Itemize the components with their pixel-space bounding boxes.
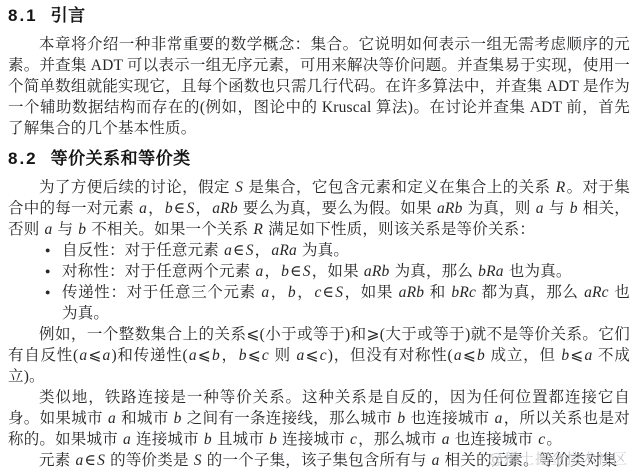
math-variable: c [319,347,328,364]
math-variable: b [203,431,213,448]
math-variable: c [313,284,322,301]
math-variable: bRa [477,263,505,280]
book-page: 8.1引言本章将介绍一种非常重要的数学概念：集合。它说明如何表示一组无需考虑顺序… [0,0,640,474]
text-run: 都为真，那么 [477,284,583,301]
math-variable: b [268,431,278,448]
math-variable: b [569,200,579,217]
text-run: 。 [546,431,562,448]
math-variable: b [77,221,87,238]
text-run: 本章将介绍一种非常重要的数学概念：集合。它说明如何表示一组无需考虑顺序的元素。并… [8,36,630,137]
section-heading: 8.2等价关系和等价类 [8,148,630,170]
math-variable: a [122,431,132,448]
math-variable: b [560,347,570,364]
math-variable: b [173,410,183,427]
body-paragraph: 本章将介绍一种非常重要的数学概念：集合。它说明如何表示一组无需考虑顺序的元素。并… [8,34,630,139]
list-item: 对称性：对于任意两个元素 a，b∈S，如果 aRb 为真，那么 bRa 也为真。 [62,261,630,282]
body-paragraph: 为了方便后续的讨论，假定 S 是集合，它包含元素和定义在集合上的关系 R。对于集… [8,177,630,240]
math-variable: c [349,431,358,448]
list-item: 传递性：对于任意三个元素 a，b，c∈S，如果 aRb 和 bRc 都为真，那么… [62,282,630,324]
body-paragraph: 类似地，铁路连接是一种等价关系。这种关系是自反的，因为任何位置都连接它自身。如果… [8,387,630,450]
math-variable: a [535,200,545,217]
text-run: ，如果 [312,263,363,280]
math-variable: a [441,431,451,448]
math-variable: bRc [450,284,477,301]
math-variable: a [431,452,441,469]
text-run: 也连接城市 [451,431,538,448]
text-run: ⩽ [248,347,261,364]
text-run: ∈ [233,242,245,259]
text-run: 则 [270,347,296,364]
text-run: ⩽ [570,347,583,364]
text-run: 和 [425,284,450,301]
math-variable: S [96,452,106,469]
math-variable: R [555,179,567,196]
math-variable: a [102,347,112,364]
text-run: 连接城市 [132,431,203,448]
text-run: 为了方便后续的讨论，假定 [39,179,234,196]
math-variable: S [334,284,344,301]
text-run: 是集合，它包含元素和定义在集合上的关系 [244,179,555,196]
text-run: 且城市 [213,431,268,448]
text-run: ⩽ [198,347,211,364]
math-variable: aRc [583,284,610,301]
text-run: ∈ [84,452,96,469]
math-variable: S [245,242,255,259]
text-run: ∈ [323,284,335,301]
text-run: 为真，那么 [391,263,478,280]
text-run: ，那么城市 [358,431,441,448]
text-run: 成立，但 [486,347,560,364]
section-heading: 8.1引言 [8,5,630,27]
page-content: 8.1引言本章将介绍一种非常重要的数学概念：集合。它说明如何表示一组无需考虑顺序… [8,5,630,471]
math-variable: aRb [363,263,391,280]
text-run: ， [221,347,238,364]
list-item: 自反性：对于任意元素 a∈S，aRa 为真。 [62,240,630,261]
math-variable: a [296,347,306,364]
math-variable: b [476,347,486,364]
text-run: 自反性：对于任意元素 [62,242,223,259]
math-variable: c [261,347,270,364]
property-list: 自反性：对于任意元素 a∈S，aRa 为真。对称性：对于任意两个元素 a，b∈S… [8,240,630,324]
text-run: ， [297,284,314,301]
text-run: 也为真。 [505,263,572,280]
math-variable: a [43,221,53,238]
watermark: @稀土掘金技术社区 [488,448,628,469]
text-run: 与 [545,200,569,217]
math-variable: a [583,347,593,364]
text-run: 元素 [39,452,74,469]
math-variable: b [280,263,290,280]
text-run: 连接城市 [278,431,349,448]
text-run: ， [195,200,211,217]
math-variable: a [453,347,463,364]
text-run: 为真。 [298,242,349,259]
text-run: ∈ [290,263,302,280]
math-variable: R [252,221,264,238]
text-run: 传递性：对于任意三个元素 [62,284,260,301]
text-run: ， [255,242,271,259]
math-variable: a [254,263,264,280]
text-run: ∈ [174,200,186,217]
section-title: 引言 [51,6,86,25]
math-variable: b [238,347,248,364]
text-run: ，如果 [344,284,397,301]
math-variable: a [223,242,233,259]
math-variable: a [188,347,198,364]
math-variable: a [260,284,270,301]
text-run: 与 [53,221,77,238]
section-number: 8.1 [8,6,38,25]
math-variable: a [74,452,84,469]
text-run: 不相关。如果一个关系 [87,221,252,238]
math-variable: aRb [436,200,464,217]
text-run: 为真，则 [464,200,535,217]
text-run: 满足如下性质，则该关系是等价关系： [264,221,535,238]
text-run: ⩽ [463,347,476,364]
math-variable: S [234,179,244,196]
text-run: ， [270,284,287,301]
math-variable: S [185,200,195,217]
math-variable: b [287,284,297,301]
text-run: )和传递性( [112,347,188,364]
math-variable: a [138,200,148,217]
math-variable: S [193,452,203,469]
text-run: 之间有一条连接线，那么城市 [183,410,397,427]
math-variable: aRa [270,242,298,259]
text-run: 和城市 [117,410,173,427]
text-run: ， [148,200,164,217]
text-run: 也连接城市 [406,410,493,427]
math-variable: a [494,410,504,427]
text-run: 的一个子集，该子集包含所有与 [203,452,431,469]
body-paragraph: 例如，一个整数集合上的关系⩽(小于或等于)和⩾(大于或等于)就不是等价关系。它们… [8,324,630,387]
math-variable: a [107,410,117,427]
math-variable: aRb [211,200,239,217]
text-run: ⩽ [88,347,101,364]
text-run: 要么为真，要么为假。如果 [239,200,436,217]
text-run: ， [264,263,280,280]
text-run: 的等价类是 [106,452,193,469]
math-variable: S [302,263,312,280]
text-run: )，但没有对称性( [328,347,453,364]
section-number: 8.2 [8,149,38,168]
math-variable: b [211,347,221,364]
math-variable: aRb [398,284,426,301]
text-run: 对称性：对于任意两个元素 [62,263,254,280]
text-run: ⩽ [306,347,319,364]
math-variable: b [164,200,174,217]
math-variable: b [396,410,406,427]
math-variable: a [78,347,88,364]
section-title: 等价关系和等价类 [51,149,191,168]
